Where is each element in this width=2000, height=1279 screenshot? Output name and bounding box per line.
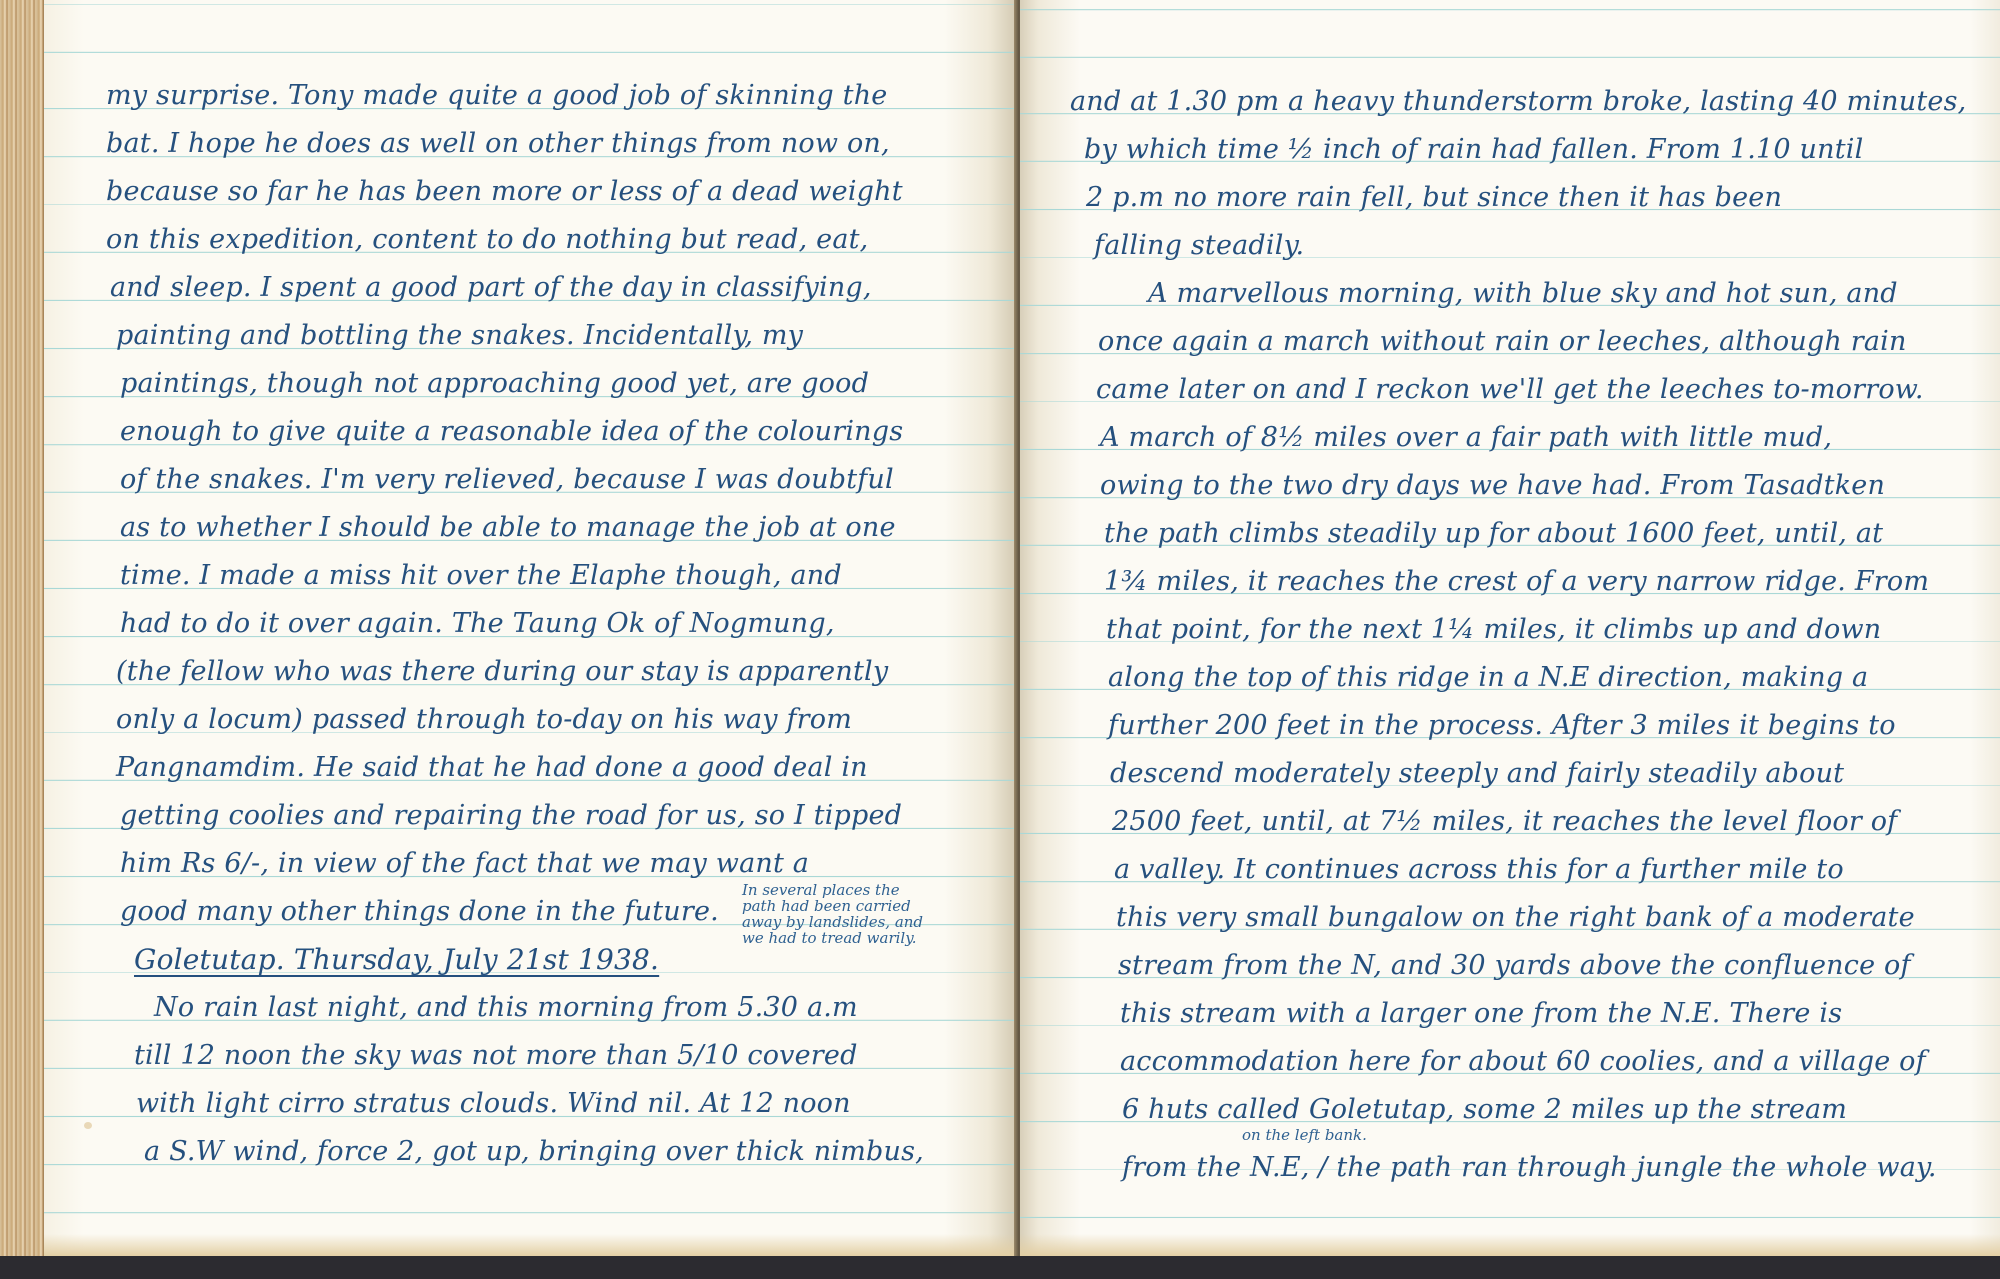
text-line: on this expedition, content to do nothin… — [106, 220, 868, 268]
margin-note-line: path had been carried — [742, 898, 923, 914]
margin-note: In several places the path had been carr… — [742, 882, 923, 946]
text-line: bat. I hope he does as well on other thi… — [106, 124, 890, 172]
text-line: because so far he has been more or less … — [106, 172, 903, 220]
text-line: Pangnamdim. He said that he had done a g… — [116, 748, 868, 796]
text-line: along the top of this ridge in a N.E dir… — [1108, 658, 1868, 706]
text-line: 2500 feet, until, at 7½ miles, it reache… — [1112, 802, 1897, 850]
text-line: and at 1.30 pm a heavy thunderstorm brok… — [1070, 82, 1966, 130]
text-line: only a locum) passed through to-day on h… — [116, 700, 852, 748]
text-line: (the fellow who was there during our sta… — [116, 652, 888, 700]
text-line: till 12 noon the sky was not more than 5… — [134, 1036, 858, 1084]
text-line: once again a march without rain or leech… — [1098, 322, 1907, 370]
text-line: No rain last night, and this morning fro… — [154, 988, 858, 1036]
text-line: a S.W wind, force 2, got up, bringing ov… — [144, 1132, 924, 1180]
text-line: enough to give quite a reasonable idea o… — [120, 412, 903, 460]
text-line: painting and bottling the snakes. Incide… — [116, 316, 803, 364]
text-line: A march of 8½ miles over a fair path wit… — [1100, 418, 1832, 466]
text-line: from the N.E, / the path ran through jun… — [1122, 1148, 1937, 1196]
margin-note-line: we had to tread warily. — [742, 930, 923, 946]
stacked-page-edges — [0, 0, 44, 1256]
text-line: of the snakes. I'm very relieved, becaus… — [120, 460, 894, 508]
text-line: him Rs 6/-, in view of the fact that we … — [120, 844, 809, 892]
text-line: owing to the two dry days we have had. F… — [1100, 466, 1885, 514]
text-line: a valley. It continues across this for a… — [1114, 850, 1844, 898]
text-line: that point, for the next 1¼ miles, it cl… — [1106, 610, 1881, 658]
text-line: 1¾ miles, it reaches the crest of a very… — [1104, 562, 1929, 610]
margin-note-line: In several places the — [742, 882, 923, 898]
text-line: time. I made a miss hit over the Elaphe … — [120, 556, 842, 604]
text-line: paintings, though not approaching good y… — [120, 364, 869, 412]
text-line: A marvellous morning, with blue sky and … — [1148, 274, 1898, 322]
text-line: falling steadily. — [1094, 226, 1304, 274]
text-line: by which time ½ inch of rain had fallen.… — [1084, 130, 1863, 178]
text-line: 2 p.m no more rain fell, but since then … — [1086, 178, 1782, 226]
text-line: good many other things done in the futur… — [120, 892, 719, 940]
text-line: 6 huts called Goletutap, some 2 miles up… — [1122, 1090, 1847, 1138]
text-line: descend moderately steeply and fairly st… — [1110, 754, 1844, 802]
insertion-note: on the left bank. — [1242, 1126, 1367, 1144]
right-page: and at 1.30 pm a heavy thunderstorm brok… — [1020, 0, 2000, 1256]
text-line: and sleep. I spent a good part of the da… — [110, 268, 872, 316]
text-line: further 200 feet in the process. After 3… — [1108, 706, 1896, 754]
text-line: accommodation here for about 60 coolies,… — [1120, 1042, 1926, 1090]
entry-heading: Goletutap. Thursday, July 21st 1938. — [134, 940, 659, 988]
text-line: my surprise. Tony made quite a good job … — [106, 76, 887, 124]
text-line: stream from the N, and 30 yards above th… — [1118, 946, 1911, 994]
ink-stain — [84, 1122, 92, 1129]
notebook-scan: my surprise. Tony made quite a good job … — [0, 0, 2000, 1279]
text-line: with light cirro stratus clouds. Wind ni… — [136, 1084, 851, 1132]
margin-note-line: away by landslides, and — [742, 914, 923, 930]
text-line: the path climbs steadily up for about 16… — [1104, 514, 1883, 562]
text-line: came later on and I reckon we'll get the… — [1096, 370, 1924, 418]
left-page: my surprise. Tony made quite a good job … — [44, 0, 1020, 1256]
text-line: this stream with a larger one from the N… — [1120, 994, 1842, 1042]
text-line: this very small bungalow on the right ba… — [1116, 898, 1915, 946]
text-line: had to do it over again. The Taung Ok of… — [120, 604, 835, 652]
text-line: as to whether I should be able to manage… — [120, 508, 896, 556]
text-line: getting coolies and repairing the road f… — [120, 796, 902, 844]
